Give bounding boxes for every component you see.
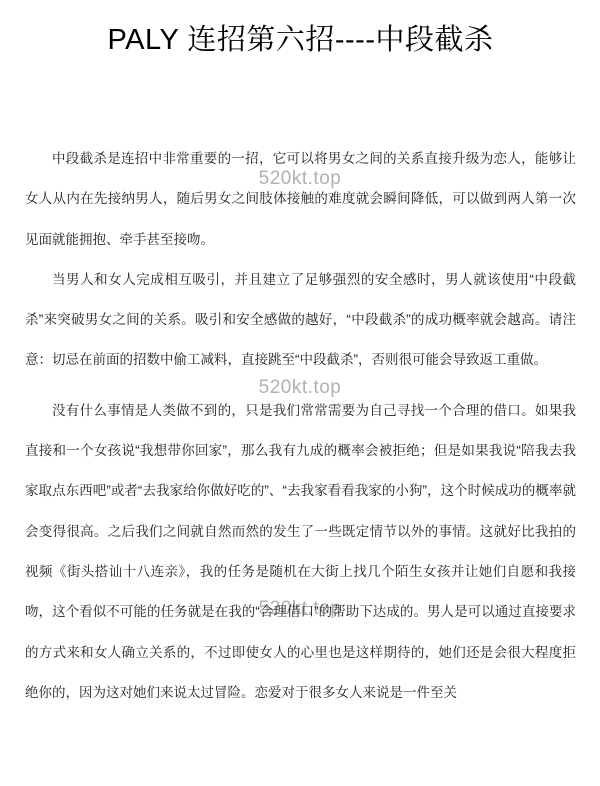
paragraph-usage: 当男人和女人完成相互吸引，并且建立了足够强烈的安全感时，男人就该使用“中段截杀”… (25, 260, 576, 381)
paragraph-intro: 中段截杀是连招中非常重要的一招，它可以将男女之间的关系直接升级为恋人，能够让女人… (25, 139, 576, 260)
paragraph-excuse: 没有什么事情是人类做不到的，只是我们常常需要为自己寻找一个合理的借口。如果我直接… (25, 391, 576, 713)
document-content: PALY 连招第六招----中段截杀 中段截杀是连招中非常重要的一招，它可以将男… (0, 22, 600, 713)
document-page: 520kt.top 520kt.top 520kt.top PALY 连招第六招… (0, 0, 600, 786)
page-title: PALY 连招第六招----中段截杀 (25, 22, 576, 59)
